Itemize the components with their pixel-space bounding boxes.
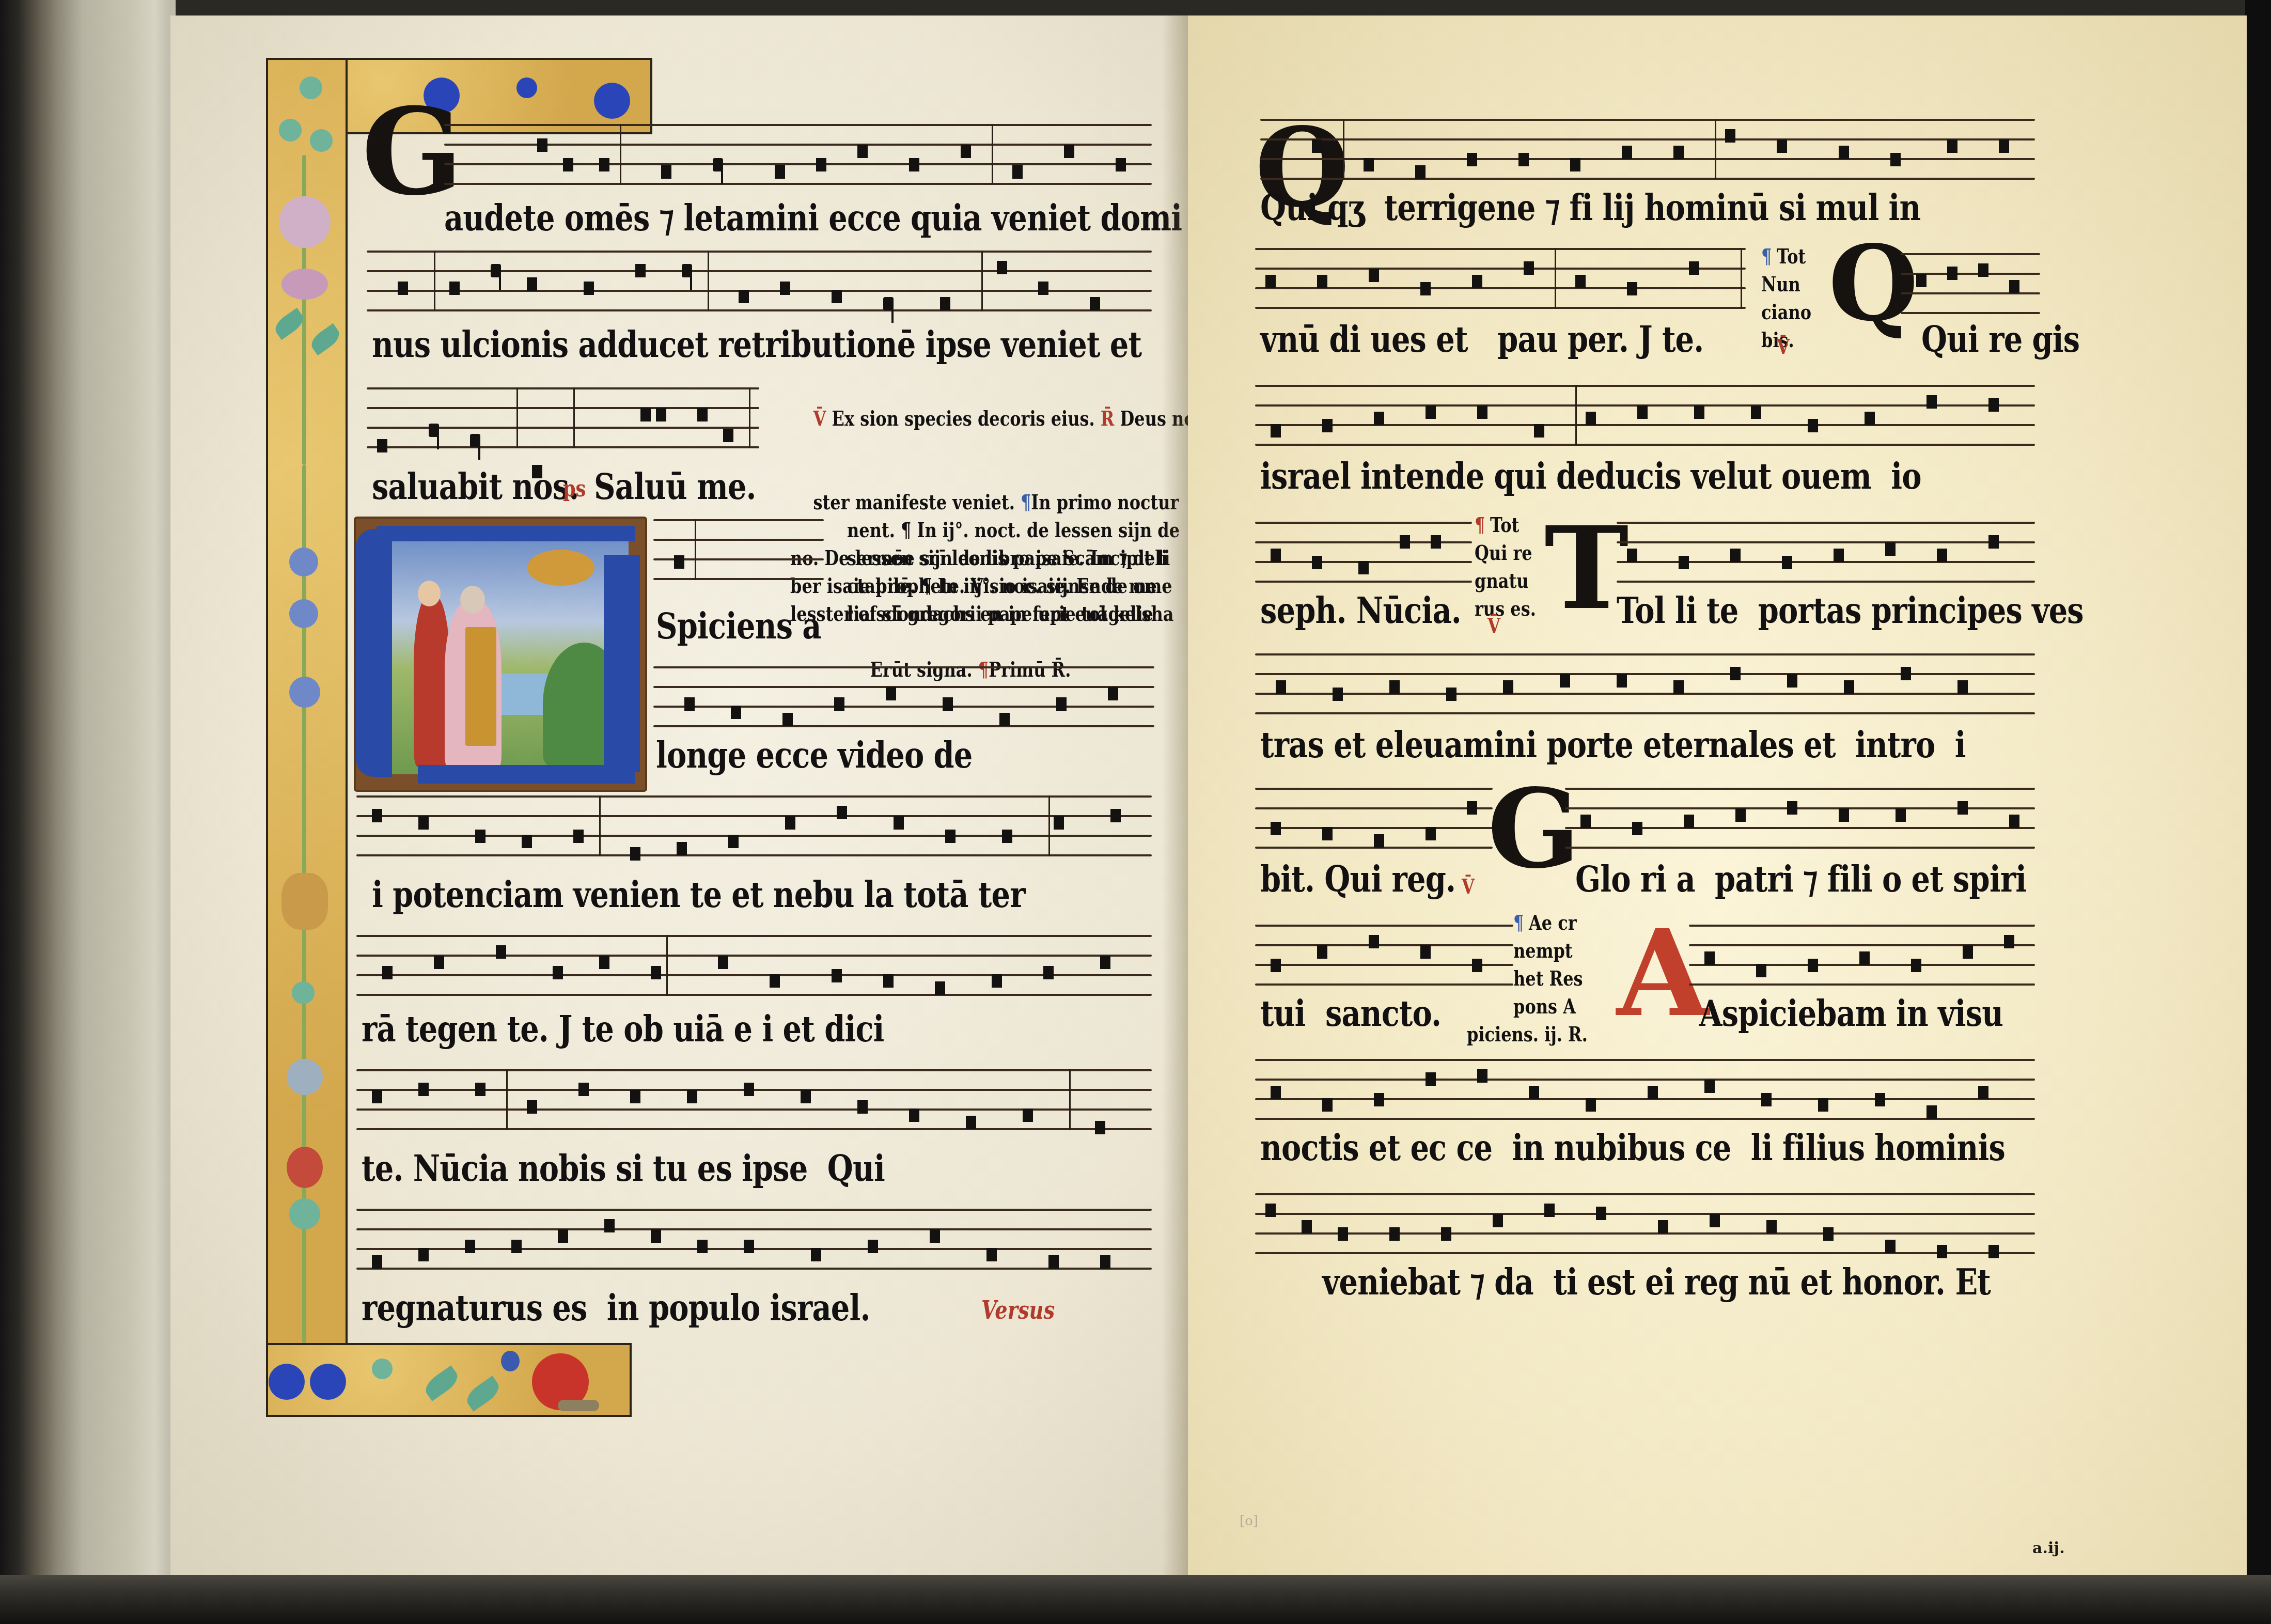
green-bud-icon (372, 1358, 393, 1379)
historiated-initial-A-miniature (354, 517, 647, 792)
music-staff (1255, 522, 1472, 584)
music-staff (356, 935, 1152, 997)
chant-lyric-line: noctis et ec ce in nubibus ce li filius … (1260, 1126, 2005, 1169)
green-bud-icon (292, 981, 315, 1004)
marginal-line: gnatu (1475, 567, 1536, 595)
music-staff (1617, 522, 2035, 584)
chant-lyric-line: Tol li te portas principes ves (1617, 589, 2084, 632)
background-edge-right (2245, 0, 2271, 1624)
marginal-line: rus es. (1475, 595, 1536, 623)
grey-blue-flower-icon (287, 1059, 323, 1095)
blue-flower-icon (289, 548, 318, 576)
music-staff (1901, 253, 2040, 315)
landscape-scene (372, 539, 629, 774)
chant-lyric-line: saluabit nos. (372, 465, 578, 508)
green-bud-icon (279, 119, 302, 142)
pink-thistle-icon (281, 269, 328, 300)
blue-bud-icon (516, 77, 537, 98)
strawberry-icon (287, 1147, 323, 1188)
music-staff (356, 795, 1152, 857)
chant-lyric-line: tras et eleuamini porte eternales et int… (1260, 723, 1966, 766)
green-bud-icon (310, 129, 333, 152)
prophet-head (460, 586, 485, 614)
chant-lyric-line: audete omēs ⁊ letamini ecce quia veniet … (444, 196, 1182, 239)
chant-lyric-line: Spiciens a (656, 604, 821, 647)
rubric-line: lia scī gregorii pape upt euāgelie (847, 600, 1095, 628)
chant-lyric-line: bit. Qui reg. (1260, 857, 1455, 900)
pencil-mark: [o] (1240, 1513, 1258, 1529)
green-bud-icon (289, 1198, 320, 1229)
folio-signature: a.ij. (2032, 1539, 2065, 1557)
marginal-line: Tot (1777, 243, 1827, 271)
gold-mantle (465, 627, 496, 746)
rubric-line: V̄ Ex sion species decoris eius. R̄ Deus… (790, 377, 1084, 461)
versus-mark: V̄ (1777, 333, 1790, 361)
marginal-line: piciens. ij. R. (1467, 1021, 1588, 1049)
marginal-line: Nun (1761, 271, 1811, 299)
music-staff (367, 387, 759, 449)
cornflower-icon (269, 1364, 305, 1400)
chant-lyric-line: nus ulcionis adducet retributionē ipse v… (372, 323, 1141, 366)
initial-frame-left (356, 529, 392, 777)
chant-lyric-line: israel intende qui deducis velut ouem io (1260, 455, 1921, 497)
music-staff (1689, 925, 2035, 987)
binding-bottom-edge (0, 1575, 2271, 1624)
versus-label: Versus (981, 1297, 1055, 1324)
marginal-line: nempt (1513, 937, 1634, 965)
rubric-line: nent. ¶ In ij°. noct. de lessen sijn de (847, 517, 1095, 544)
chant-lyric-line: Qui qʒ terrigene ⁊ fi lij hominū si mul … (1260, 186, 1920, 229)
chant-lyric-line: vnū di ues et pau per. J te. (1260, 318, 1703, 361)
blue-flower-icon (289, 677, 320, 708)
music-staff (1255, 1059, 2035, 1121)
initial-frame-top (377, 526, 635, 541)
fly-icon (501, 1351, 520, 1371)
marginal-note: ¶ Tot Qui re gnatu rus es. (1475, 511, 1552, 651)
chant-lyric-line: veniebat ⁊ da ti est ei reg nū et honor.… (1322, 1260, 1991, 1303)
chant-lyric-line: te. Nūcia nobis si tu es ipse Qui (362, 1147, 885, 1190)
marginal-line: pons A (1513, 993, 1634, 1021)
blue-flower-icon (594, 83, 630, 119)
book-binding-left (0, 0, 176, 1624)
chant-lyric-line: Aspiciebam in visu (1699, 992, 2003, 1035)
music-staff (653, 519, 824, 581)
prophet-head (418, 581, 441, 606)
marginal-line: ciano (1761, 299, 1811, 326)
chant-lyric-line: i potenciam venien te et nebu la totā te… (372, 873, 1025, 916)
music-staff (653, 666, 1154, 728)
green-bud-icon (300, 76, 322, 99)
psalm-label: ps (563, 475, 586, 503)
initial-frame-right (604, 555, 640, 772)
chant-lyric-line: rā tegen te. J te ob uiā e i et dici (362, 1007, 884, 1050)
caterpillar-icon (558, 1400, 599, 1411)
music-staff (356, 1069, 1152, 1131)
music-staff (1260, 119, 2035, 181)
music-staff (1565, 788, 2035, 850)
blue-flower-icon (289, 599, 318, 628)
music-staff (1255, 925, 1513, 987)
rubric-line: sermōe scī leonis pape Scām ⁊ deli (847, 544, 1095, 572)
psalm-incipit: Saluū me. (594, 465, 756, 508)
initial-frame-bottom (418, 765, 635, 784)
music-staff (1255, 248, 1746, 310)
chant-lyric-line: tui sancto. (1260, 992, 1441, 1035)
chant-lyric-line: longe ecce video de (656, 733, 973, 776)
cornflower-icon (310, 1364, 346, 1400)
butterfly-icon (281, 873, 328, 930)
chant-lyric-line: Qui re gis (1921, 318, 2079, 361)
music-staff (367, 251, 1152, 313)
music-staff (1255, 385, 2035, 447)
music-staff (444, 124, 1152, 186)
binding-top-edge (0, 0, 2271, 15)
chant-lyric-line: seph. Nūcia. (1260, 589, 1461, 632)
marginal-line: het Res (1513, 965, 1634, 993)
versus-mark: V̄ (1462, 873, 1475, 901)
music-staff (1255, 1193, 2035, 1255)
versus-mark: V̄ (1487, 612, 1500, 640)
music-staff (356, 1209, 1152, 1271)
music-staff (1255, 653, 2035, 715)
marginal-note: ¶ Tot Nun ciano bis. (1761, 243, 1824, 382)
marginal-line: Qui re (1475, 539, 1536, 567)
music-staff (1255, 788, 1493, 850)
chant-lyric-line: Glo ri a patri ⁊ fili o et spiri (1575, 857, 2026, 900)
chant-lyric-line: regnaturus es in populo israel. (362, 1286, 870, 1329)
rubric-line: ctabilē. ¶ In iij°. noc. sijnse de ome (847, 572, 1095, 600)
god-the-father-in-cloud (527, 550, 594, 586)
pink-daisy-icon (279, 196, 331, 248)
marginal-line: Tot (1490, 511, 1552, 539)
